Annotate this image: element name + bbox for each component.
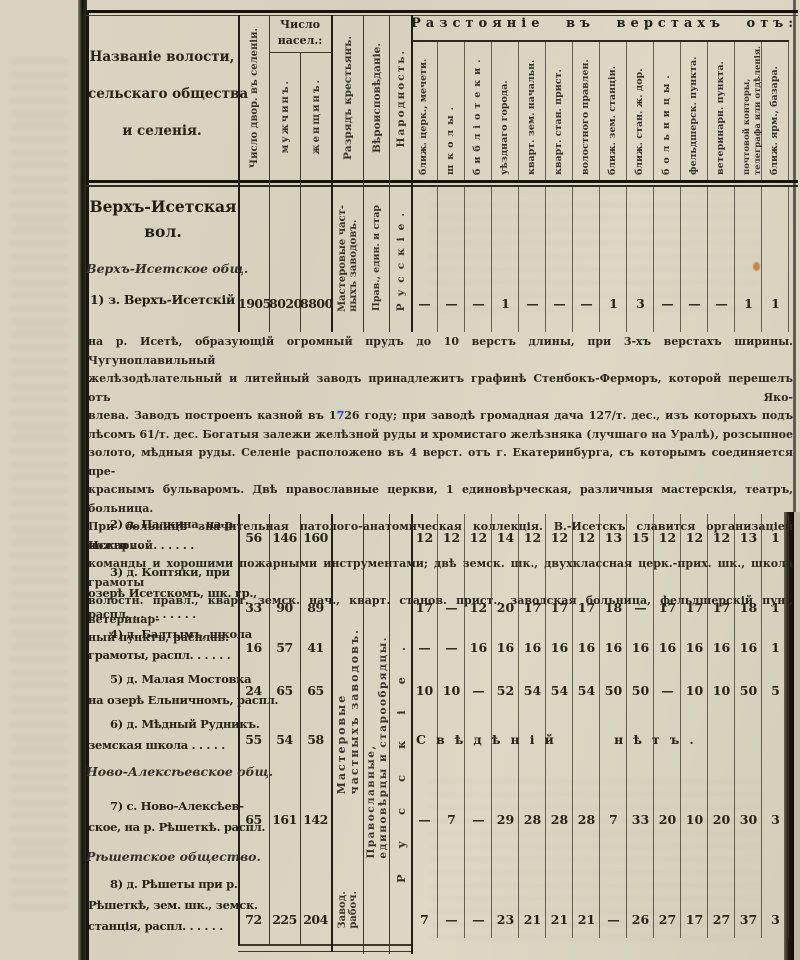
rotated-text-line: Мастеровые	[335, 628, 348, 794]
volost-title-line: вол.	[88, 219, 238, 244]
distance-value: —	[654, 683, 681, 698]
population-value: 65	[269, 683, 300, 698]
distance-value: 1	[762, 296, 789, 311]
ethnicity-text: Русскіе.	[395, 206, 407, 311]
distance-values: 121212141212121315121212131	[411, 530, 789, 545]
distance-column-header: кварт. зем. начальн.	[519, 42, 546, 180]
population-values: 555458	[238, 732, 331, 747]
confession-text: Православные,единовѣрцы и старообрядцы.	[365, 636, 389, 859]
distance-value: 50	[627, 683, 654, 698]
distance-value: —	[681, 296, 708, 311]
population-value: 8020	[269, 296, 300, 311]
population-value: 161	[269, 812, 300, 827]
column-header-peasant-category: Разрядъ крестьянъ.	[333, 17, 363, 179]
settlement-name: 4) д. Балтымъ, школаграмоты, распл. . . …	[88, 624, 238, 666]
settlement-name: 8) д. Рѣшеты при р.Рѣшеткѣ, зем. шк., зе…	[88, 874, 238, 937]
distance-value: 54	[519, 683, 546, 698]
population-value: 41	[300, 640, 331, 655]
distance-value: 18	[735, 600, 762, 615]
settlement-name-line: Исети . . . . . . . . .	[88, 535, 238, 556]
distance-value: —	[627, 600, 654, 615]
description-line: золото, мѣдныя руды. Селеніе расположено…	[88, 444, 793, 481]
distance-value: 16	[681, 640, 708, 655]
column-header-line: и селенія.	[88, 123, 236, 139]
peasant-category-cell: Завод.рабоч.	[333, 872, 363, 948]
distance-value: 15	[627, 530, 654, 545]
distance-value: 21	[546, 912, 573, 927]
population-value: 55	[238, 732, 269, 747]
distance-value: 12	[411, 530, 438, 545]
settlement-name: 5) д. Малая Мостовкана озерѣ Ельничномъ,…	[88, 669, 238, 711]
volost-title-line: Верхъ-Исетская	[88, 194, 238, 219]
population-value: 89	[300, 600, 331, 615]
settlement-name: 3) д. Коптяки, приозерѣ Исетскомъ, шк. г…	[88, 562, 238, 625]
distance-value: 7	[438, 812, 465, 827]
distance-value: 23	[492, 912, 519, 927]
distance-value: 17	[519, 600, 546, 615]
column-header-label: Народность.	[395, 49, 407, 147]
settlement-name-line: земская школа . . . . .	[88, 735, 238, 756]
distance-value: 12	[465, 600, 492, 615]
distance-value: 5	[762, 683, 789, 698]
description-line: на р. Исетѣ, образующій огромный прудъ д…	[88, 333, 793, 370]
distance-value: 50	[735, 683, 762, 698]
ethnicity-cell: Русскіе.	[390, 555, 411, 950]
description-line: влева. Заводъ построенъ казной въ 1726 г…	[88, 407, 793, 426]
distance-column-header: уѣзднаго города.	[492, 42, 519, 180]
confession-cell: Православные,единовѣрцы и старообрядцы.	[364, 545, 389, 950]
population-values: 246565	[238, 683, 331, 698]
distance-value: 33	[627, 812, 654, 827]
distance-value: 13	[600, 530, 627, 545]
volost-title: Верхъ-Исетская вол.	[88, 194, 238, 244]
distance-value: —	[465, 683, 492, 698]
distance-value: —	[546, 296, 573, 311]
distance-value: 12	[438, 530, 465, 545]
distance-value: 16	[735, 640, 762, 655]
population-values: 165741	[238, 640, 331, 655]
distance-value: 17	[411, 600, 438, 615]
distance-value: 14	[492, 530, 519, 545]
rotated-text-line: рабоч.	[348, 891, 359, 929]
distance-value: 17	[681, 600, 708, 615]
distance-column-header: фельдшерск. пункта.	[681, 42, 708, 180]
distance-value: 3	[627, 296, 654, 311]
distance-value: 10	[708, 683, 735, 698]
settlement-name-line: 7) с. Ново-Алексѣев-	[88, 796, 238, 817]
distance-value: 3	[762, 912, 789, 927]
settlement-name-line: 6) д. Мѣдный Рудникъ.	[88, 714, 238, 735]
distance-value: 12	[708, 530, 735, 545]
population-value: 24	[238, 683, 269, 698]
population-value: 57	[269, 640, 300, 655]
population-values: 190580208800	[238, 296, 331, 311]
distance-values: 7——23212121—26271727373	[411, 912, 789, 927]
column-header-females: женщинъ.	[301, 54, 331, 179]
settlement-name-line: ское, на р. Рѣшеткѣ. распл.	[88, 817, 238, 838]
distance-column-header: волостного правлен.	[573, 42, 600, 180]
population-value: 8800	[300, 296, 331, 311]
distance-value: 18	[600, 600, 627, 615]
distance-value: 16	[600, 640, 627, 655]
distance-column-header: кварт. стан. прист.	[546, 42, 573, 180]
column-header-ethnicity: Народность.	[390, 17, 411, 179]
distance-value: 12	[546, 530, 573, 545]
distance-value: 50	[600, 683, 627, 698]
column-header-confession: Вѣроисповѣданіе.	[364, 17, 389, 179]
column-header-line: сельскаго общества	[88, 86, 236, 102]
distance-value: —	[438, 296, 465, 311]
distance-value: 7	[411, 912, 438, 927]
distance-values: ——16161616161616161616161	[411, 640, 789, 655]
population-value: 225	[269, 912, 300, 927]
column-header-label: женщинъ.	[311, 78, 322, 155]
distance-values: —7—29282828733201020303	[411, 812, 789, 827]
distance-value: —	[519, 296, 546, 311]
population-value: 16	[238, 640, 269, 655]
column-header-males: мужчинъ.	[270, 54, 300, 179]
population-value: 33	[238, 600, 269, 615]
population-value: 56	[238, 530, 269, 545]
distance-value: 1	[762, 530, 789, 545]
distance-value: 30	[735, 812, 762, 827]
rotated-text-line: Мастеровые част-	[337, 205, 348, 312]
distance-value: 29	[492, 812, 519, 827]
page-edge-paper	[794, 512, 800, 960]
rotated-text-line: ныхъ заводовъ.	[348, 205, 359, 312]
peasant-category-cell: Мастеровые част-ныхъ заводовъ.	[332, 188, 363, 328]
distance-value: 10	[681, 683, 708, 698]
distance-column-header: больницы.	[654, 42, 681, 180]
distance-group-header: Разстояніе въ верстахъ отъ:	[411, 16, 789, 40]
distance-value: 28	[546, 812, 573, 827]
distance-value: 10	[411, 683, 438, 698]
distance-value: 16	[465, 640, 492, 655]
column-header-label: мужчинъ.	[280, 79, 291, 153]
distance-value: 1	[762, 600, 789, 615]
settlement-name-line: станція, распл. . . . . .	[88, 916, 238, 937]
distance-value: 12	[681, 530, 708, 545]
confession-cell: Прав., един. и стар	[364, 188, 389, 328]
distance-value: 54	[573, 683, 600, 698]
settlement-name-line: 8) д. Рѣшеты при р.	[88, 874, 238, 895]
population-value: 90	[269, 600, 300, 615]
distance-value: —	[411, 640, 438, 655]
distance-value: 16	[546, 640, 573, 655]
rotated-text-line: частныхъ заводовъ.	[348, 628, 361, 794]
society-heading: Ново-Алексѣевское общ.	[86, 764, 238, 779]
distance-value: —	[600, 912, 627, 927]
distance-value: —	[411, 812, 438, 827]
distance-value: 16	[627, 640, 654, 655]
distance-value: 16	[519, 640, 546, 655]
distance-value: 17	[708, 600, 735, 615]
distance-value: 1	[600, 296, 627, 311]
population-value: 204	[300, 912, 331, 927]
column-header-households: Число двор. въ селеніи.	[239, 17, 269, 179]
distance-value: 28	[519, 812, 546, 827]
distance-value: 17	[654, 600, 681, 615]
population-value: 65	[300, 683, 331, 698]
grid-line	[238, 951, 411, 952]
distance-value: 3	[762, 812, 789, 827]
settlement-name: 2) д. Палкина, на р.Исети . . . . . . . …	[88, 514, 238, 556]
population-values: 339089	[238, 600, 331, 615]
distance-column-header: ближ. стан. ж. дор.	[627, 42, 654, 180]
distance-value: 1	[735, 296, 762, 311]
settlement-name: 1) з. Верхъ-Исетскій	[90, 292, 240, 307]
distance-value: 20	[492, 600, 519, 615]
settlement-name-line: 5) д. Малая Мостовка	[88, 669, 238, 690]
rotated-text-line: Завод.	[337, 891, 348, 929]
distance-value: —	[573, 296, 600, 311]
column-header-line: Число	[269, 17, 331, 33]
distance-column-headers: ближ. церк., мечети.школы.библіотеки.уѣз…	[411, 42, 789, 180]
distance-value: —	[465, 296, 492, 311]
distance-value: 13	[735, 530, 762, 545]
settlement-name-line: распл. . . . . . . . . .	[88, 604, 238, 625]
distance-value: —	[438, 640, 465, 655]
no-data-note: Свѣдѣній нѣтъ.	[416, 732, 786, 747]
column-header-population-group: Число насел.:	[269, 17, 331, 52]
society-heading: Рѣшетское общество.	[86, 849, 238, 864]
distance-value: 26	[627, 912, 654, 927]
distance-values: 1010—525454545050—1010505	[411, 683, 789, 698]
rotated-text-line: единовѣрцы и старообрядцы.	[377, 636, 389, 859]
distance-value: 17	[681, 912, 708, 927]
grid-line	[86, 10, 798, 13]
society-heading: Верхъ-Исетское общ.	[86, 261, 238, 276]
population-values: 56146160	[238, 530, 331, 545]
distance-value: 12	[465, 530, 492, 545]
description-text: влева. Заводъ построенъ казной въ 1	[88, 409, 337, 422]
peasant-category-text: Завод.рабоч.	[337, 891, 359, 929]
distance-value: 1	[762, 640, 789, 655]
distance-column-header: почтовой конторы, телеграфа или отдѣлені…	[735, 42, 762, 180]
confession-text: Прав., един. и стар	[371, 205, 382, 311]
distance-value: —	[465, 812, 492, 827]
column-header-label: Число двор. въ селеніи.	[249, 28, 260, 168]
distance-value: 27	[708, 912, 735, 927]
settlement-name-line: на озерѣ Ельничномъ, распл.	[88, 690, 238, 711]
description-line: желѣзодѣлательный и литейный заводъ прин…	[88, 370, 793, 407]
distance-value: —	[708, 296, 735, 311]
distance-column-header: ближ. церк., мечети.	[411, 42, 438, 180]
distance-value: 21	[519, 912, 546, 927]
column-header-label: Разрядъ крестьянъ.	[342, 36, 354, 160]
distance-column-header: ближ. зем. станціи.	[600, 42, 627, 180]
distance-value: 20	[654, 812, 681, 827]
column-header-label: Вѣроисповѣданіе.	[371, 43, 383, 153]
population-value: 142	[300, 812, 331, 827]
distance-value: 12	[654, 530, 681, 545]
distance-value: 16	[654, 640, 681, 655]
population-value: 58	[300, 732, 331, 747]
distance-value: 52	[492, 683, 519, 698]
settlement-name: 6) д. Мѣдный Рудникъ.земская школа . . .…	[88, 714, 238, 756]
peasant-category-cell: Мастеровыечастныхъ заводовъ.	[333, 555, 363, 867]
distance-value: 7	[600, 812, 627, 827]
settlement-name-line: озерѣ Исетскомъ, шк. гр.,	[88, 583, 238, 604]
settlement-name: 7) с. Ново-Алексѣев-ское, на р. Рѣшеткѣ.…	[88, 796, 238, 838]
distance-value: 20	[708, 812, 735, 827]
distance-value: 10	[438, 683, 465, 698]
scanned-document-page: Названіе волости,сельскаго обществаи сел…	[0, 0, 800, 960]
settlement-name-line: 2) д. Палкина, на р.	[88, 514, 238, 535]
population-value: 160	[300, 530, 331, 545]
peasant-category-text: Мастеровые част-ныхъ заводовъ.	[337, 205, 359, 312]
description-line: краснымъ бульваромъ. Двѣ православные це…	[88, 481, 793, 518]
ethnicity-text: Русскіе.	[394, 621, 408, 883]
column-header-line: насел.:	[269, 33, 331, 49]
distance-values: 17—122017171718—171717181	[411, 600, 789, 615]
distance-value: —	[438, 600, 465, 615]
distance-column-header: ветеринарн. пункта.	[708, 42, 735, 180]
rotated-text-line: Православные,	[365, 636, 377, 859]
settlement-name-line: Рѣшеткѣ, зем. шк., земск.	[88, 895, 238, 916]
column-header-line: Названіе волости,	[88, 49, 236, 65]
distance-value: 16	[492, 640, 519, 655]
column-header-settlement-name: Названіе волости,сельскаго обществаи сел…	[88, 38, 236, 150]
distance-values: ———1———13———11	[411, 296, 789, 311]
distance-column-header: школы.	[438, 42, 465, 180]
description-text: 26 году; при заводѣ громадная дача 127/т…	[344, 409, 793, 422]
ethnicity-cell: Русскіе.	[390, 186, 411, 332]
population-values: 65161142	[238, 812, 331, 827]
distance-value: 16	[573, 640, 600, 655]
distance-value: 17	[573, 600, 600, 615]
distance-value: —	[411, 296, 438, 311]
population-value: 72	[238, 912, 269, 927]
population-value: 54	[269, 732, 300, 747]
distance-value: 54	[546, 683, 573, 698]
settlement-name-line: 4) д. Балтымъ, школа	[88, 624, 238, 645]
description-line: лѣсомъ 61/т. дес. Богатыя залежи желѣзно…	[88, 426, 793, 445]
distance-value: 28	[573, 812, 600, 827]
population-values: 72225204	[238, 912, 331, 927]
distance-value: 37	[735, 912, 762, 927]
population-value: 146	[269, 530, 300, 545]
distance-value: 12	[573, 530, 600, 545]
population-value: 65	[238, 812, 269, 827]
distance-value: 10	[681, 812, 708, 827]
distance-value: —	[654, 296, 681, 311]
distance-value: 12	[519, 530, 546, 545]
distance-value: 17	[546, 600, 573, 615]
distance-value: 1	[492, 296, 519, 311]
distance-value: 16	[708, 640, 735, 655]
distance-value: 21	[573, 912, 600, 927]
distance-value: 27	[654, 912, 681, 927]
distance-column-header: ближ. ярм., базара.	[762, 42, 789, 180]
population-value: 1905	[238, 296, 269, 311]
grid-line	[86, 180, 798, 183]
peasant-category-text: Мастеровыечастныхъ заводовъ.	[335, 628, 361, 794]
table-row: Верхъ-Исетская вол. Верхъ-Исетское общ. …	[86, 186, 800, 332]
ink-bleed-artifact	[10, 60, 68, 910]
distance-column-header: библіотеки.	[465, 42, 492, 180]
distance-value: —	[438, 912, 465, 927]
settlement-name-line: 3) д. Коптяки, при	[88, 562, 238, 583]
distance-value: —	[465, 912, 492, 927]
settlement-name-line: грамоты, распл. . . . . .	[88, 645, 238, 666]
